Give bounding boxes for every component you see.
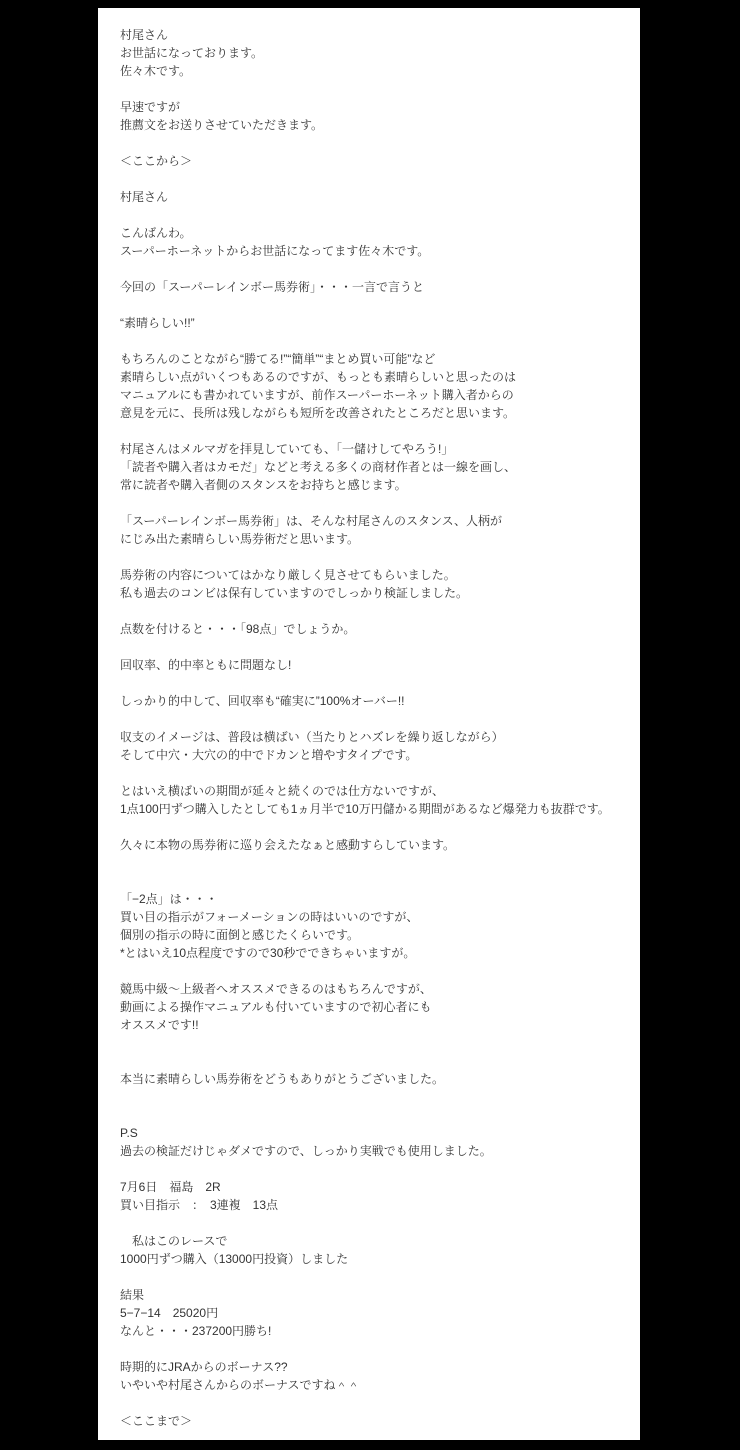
postscript-label: P.S [120, 1124, 632, 1142]
quote-start-marker: ＜ここから＞ [120, 152, 632, 170]
email-intro-text: 村尾さん お世話になっております。 佐々木です。 早速ですが 推薦文をお送りさせ… [120, 26, 632, 134]
screen-background: 村尾さん お世話になっております。 佐々木です。 早速ですが 推薦文をお送りさせ… [0, 0, 740, 1450]
quote-end-marker: ＜ここまで＞ [120, 1412, 632, 1430]
testimonial-text: 村尾さん こんばんわ。 スーパーホーネットからお世話になってます佐々木です。 今… [120, 188, 632, 1088]
postscript-text: 過去の検証だけじゃダメですので、しっかり実戦でも使用しました。 7月6日 福島 … [120, 1142, 632, 1394]
email-body: 村尾さん お世話になっております。 佐々木です。 早速ですが 推薦文をお送りさせ… [98, 8, 640, 1430]
email-document-page: 村尾さん お世話になっております。 佐々木です。 早速ですが 推薦文をお送りさせ… [98, 8, 640, 1440]
